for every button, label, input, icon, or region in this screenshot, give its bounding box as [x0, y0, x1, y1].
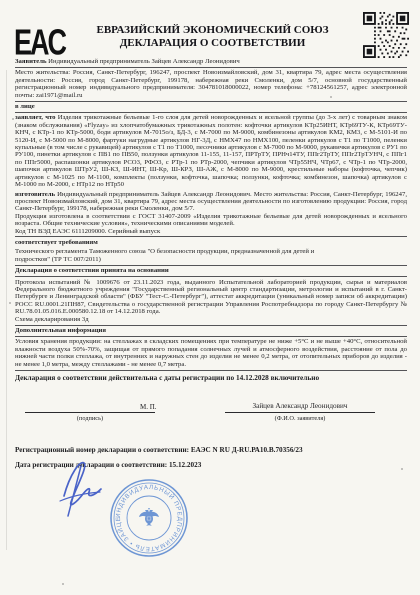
- scan-speck: [12, 118, 14, 120]
- validity-line: Декларация о соответствии действительна …: [15, 374, 407, 381]
- divider: [15, 236, 407, 237]
- applicant-line: Заявитель Индивидуальный предприниматель…: [15, 58, 407, 65]
- qr-code-icon: [363, 12, 409, 58]
- scan-speck: [9, 302, 11, 304]
- registration-number-value: ЕАЭС N RU Д-RU.РА10.В.70356/23: [191, 446, 303, 454]
- document-header: EAC ЕВРАЗИЙСКИЙ ЭКОНОМИЧЕСКИЙ СОЮЗ ДЕКЛА…: [0, 0, 420, 58]
- scan-speck: [330, 96, 332, 98]
- svg-text:ИНДИВИДУАЛЬНЫЙ ПРЕДПРИНИМАТЕЛЬ: ИНДИВИДУАЛЬНЫЙ ПРЕДПРИНИМАТЕЛЬ • ЗАЙЦЕВ …: [115, 484, 183, 552]
- applicant-details: Место жительства: Россия, Санкт-Петербур…: [15, 69, 407, 99]
- divider: [15, 67, 407, 68]
- basis-text: Протокола испытаний № 1009676 от 23.11.2…: [15, 279, 407, 316]
- declaration-document: EAC ЕВРАЗИЙСКИЙ ЭКОНОМИЧЕСКИЙ СОЮЗ ДЕКЛА…: [0, 0, 420, 595]
- signer-name: Зайцев Александр Леонидович: [225, 402, 375, 410]
- stamp-place-label: М. П.: [140, 403, 157, 411]
- double-eagle-icon: [139, 508, 159, 526]
- registration-date-line: Дата регистрации декларации о соответств…: [15, 458, 407, 473]
- registration-date-value: 15.12.2023: [169, 461, 201, 469]
- storage-conditions-text: Условия хранения продукции: на стеллажах…: [15, 338, 407, 368]
- signer-caption: (Ф.И.О. заявителя): [225, 415, 375, 422]
- declares-label: заявляет, что: [15, 114, 56, 121]
- gost-paragraph: Продукция изготовлена в соответствии с Г…: [15, 213, 407, 228]
- signature-caption: (подпись): [25, 415, 155, 422]
- manufacturer-paragraph: изготовитель Индивидуальный предпринимат…: [15, 191, 407, 213]
- registration-number-label: Регистрационный номер декларации о соотв…: [15, 446, 189, 454]
- regulation-text: Технического регламента Таможенного союз…: [15, 248, 345, 263]
- manufacturer-label: изготовитель: [15, 191, 55, 198]
- divider: [15, 112, 407, 113]
- tnved-code-line: Код ТН ВЭД ЕАЭС 6111209000. Серийный вып…: [15, 228, 407, 235]
- additional-info-label: Дополнительная информация: [15, 327, 407, 334]
- applicant-name: Индивидуальный предприниматель Зайцев Ал…: [48, 58, 240, 65]
- scan-edge-artifact: [6, 70, 7, 550]
- stamp-seal: ИНДИВИДУАЛЬНЫЙ ПРЕДПРИНИМАТЕЛЬ • ЗАЙЦЕВ …: [108, 477, 190, 559]
- scan-speck: [62, 583, 64, 585]
- product-declaration: заявляет, что Изделия трикотажные бельев…: [15, 114, 407, 188]
- divider: [15, 336, 407, 337]
- divider: [15, 101, 407, 102]
- divider: [15, 276, 407, 277]
- product-text: Изделия трикотажные бельевые 1-го слоя д…: [15, 114, 407, 188]
- manufacturer-text: Индивидуальный предприниматель Зайцев Ал…: [15, 191, 407, 213]
- divider: [15, 265, 407, 266]
- scan-speck: [401, 468, 403, 470]
- divider: [15, 325, 407, 326]
- complies-label: соответствует требованиям: [15, 239, 407, 246]
- scheme-line: Схема декларирования 3д: [15, 316, 407, 323]
- title-line1: ЕВРАЗИЙСКИЙ ЭКОНОМИЧЕСКИЙ СОЮЗ: [65, 24, 360, 37]
- signer-name-line: [225, 412, 375, 413]
- stamp-ring-text: ИНДИВИДУАЛЬНЫЙ ПРЕДПРИНИМАТЕЛЬ • ЗАЙЦЕВ …: [115, 484, 183, 552]
- registration-date-label: Дата регистрации декларации о соответств…: [15, 461, 167, 469]
- basis-label: Декларация о соответствии принята на осн…: [15, 267, 407, 274]
- divider: [15, 370, 407, 371]
- document-title: ЕВРАЗИЙСКИЙ ЭКОНОМИЧЕСКИЙ СОЮЗ ДЕКЛАРАЦИ…: [65, 24, 360, 50]
- signature-zone: (подпись) М. П. Зайцев Александр Леонидо…: [15, 385, 407, 443]
- eac-conformity-mark-icon: EAC: [14, 22, 65, 64]
- in-person-label: в лице: [15, 103, 407, 110]
- signature-line: [25, 412, 155, 413]
- registration-number-line: Регистрационный номер декларации о соотв…: [15, 443, 407, 458]
- title-line2: ДЕКЛАРАЦИЯ О СООТВЕТСТВИИ: [65, 37, 360, 50]
